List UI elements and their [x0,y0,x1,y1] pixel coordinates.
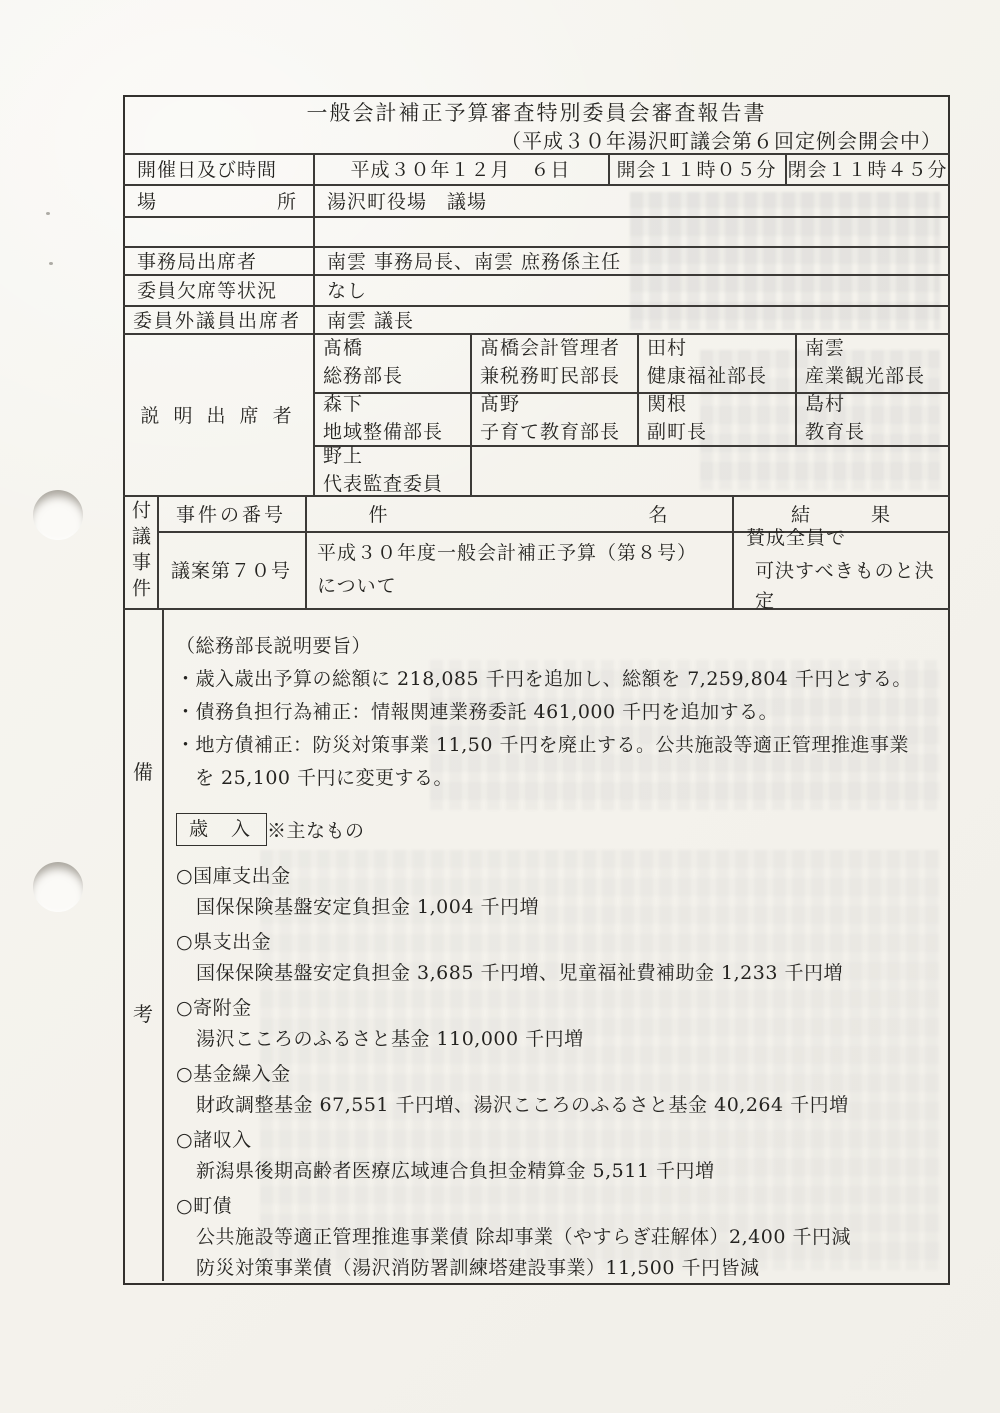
value-date: 平成３０年１２月 ６日 [313,153,608,184]
punch-hole-top [33,490,83,540]
explainer-name: 髙橋 [323,336,363,361]
explainer-title: 代表監査委員 [323,472,443,497]
explainer-name: 森下 [323,392,363,417]
agenda-case-name-line2: について [317,571,397,601]
explainer-name: 関根 [647,392,687,417]
explainer-title: 健康福祉部長 [647,364,767,389]
agenda-case-number: 議案第７０号 [157,531,305,608]
table-line [123,216,950,218]
report-subtitle: （平成３０年湯沢町議会第６回定例会開会中） [123,126,950,152]
label-absence: 委員欠席等状況 [123,274,313,305]
revenue-item-line: 国保保険基盤安定負担金 3,685 千円増、児童福祉費補助金 1,233 千円増 [176,958,928,989]
label-secretariat: 事務局出席者 [123,246,313,274]
explainer-name: 野上 [323,444,363,469]
explainer-cell: 田村 健康福祉部長 [637,333,795,392]
revenue-box-label: 歳 入 [176,813,267,846]
revenue-item-line: 防災対策事業債（湯沢消防署訓練塔建設事業）11,500 千円皆減 [176,1253,928,1284]
revenue-item-line: 国保保険基盤安定負担金 1,004 千円増 [176,892,928,923]
scanned-report-page: 一般会計補正予算審査特別委員会審査報告書 （平成３０年湯沢町議会第６回定例会開会… [0,0,1000,1413]
explainer-cell: 野上 代表監査委員 [313,445,470,495]
label-nonmember: 委員外議員出席者 [123,305,313,333]
revenue-item: ○国庫支出金 国保保険基盤安定負担金 1,004 千円増 [176,860,928,923]
revenue-item-heading: ○寄附金 [176,992,928,1024]
punch-hole-bottom [33,862,83,912]
explainer-name: 髙野 [480,392,520,417]
revenue-item-line: 湯沢こころのふるさと基金 110,000 千円増 [176,1024,928,1055]
paper-speck [49,262,53,265]
value-place: 湯沢町役場 議場 [313,184,950,216]
explainer-name: 島村 [805,392,845,417]
revenue-item: ○寄附金 湯沢こころのふるさと基金 110,000 千円増 [176,992,928,1055]
label-explainers: 説 明 出 席 者 [123,333,313,495]
remarks-content: （総務部長説明要旨） ・歳入歳出予算の総額に 218,085 千円を追加し、総額… [162,610,948,1283]
explainer-cell: 関根 副町長 [637,392,795,445]
revenue-item-heading: ○町債 [176,1190,928,1222]
remarks-bullet: ・債務負担行為補正：情報関連業務委託 461,000 千円を追加する。 [176,696,928,729]
explainer-title: 産業観光部長 [805,364,925,389]
remarks-bullet: ・地方債補正：防災対策事業 11,50 千円を廃止する。公共施設等適正管理推進事… [176,729,928,795]
explainer-title: 子育て教育部長 [480,420,620,445]
revenue-heading-row: 歳 入 ※主なもの [176,813,928,846]
value-absence: なし [313,274,950,305]
revenue-item-line: 公共施設等適正管理推進事業債 除却事業（やすらぎ荘解体）2,400 千円減 [176,1222,928,1253]
revenue-item-line: 新潟県後期高齢者医療広域連合負担金精算金 5,511 千円増 [176,1156,928,1187]
value-nonmember: 南雲 議長 [313,305,950,333]
explainer-name: 南雲 [805,336,845,361]
explainer-cell: 髙野 子育て教育部長 [470,392,637,445]
report-title: 一般会計補正予算審査特別委員会審査報告書 [123,97,950,127]
label-datetime: 開催日及び時間 [123,153,313,184]
remarks-side-label-top: 備 [133,756,153,785]
agenda-result: 賛成全員で 可決すべきものと決定 [732,531,950,608]
explainer-title: 総務部長 [323,364,403,389]
revenue-item-heading: ○諸収入 [176,1124,928,1156]
remarks-heading: （総務部長説明要旨） [176,630,928,663]
agenda-result-line2: 可決すべきものと決定 [746,556,950,616]
explainer-name: 髙橋会計管理者 [480,336,620,361]
explainer-cell: 髙橋会計管理者 兼税務町民部長 [470,333,637,392]
explainer-cell: 南雲 産業観光部長 [795,333,950,392]
revenue-item-heading: ○基金繰入金 [176,1058,928,1090]
agenda-result-line1: 賛成全員で [746,523,846,553]
explainer-cell: 森下 地域整備部長 [313,392,470,445]
revenue-item-line: 財政調整基金 67,551 千円増、湯沢こころのふるさと基金 40,264 千円… [176,1090,928,1121]
remarks-bullet: ・歳入歳出予算の総額に 218,085 千円を追加し、総額を 7,259,804… [176,663,928,696]
explainer-cell: 髙橋 総務部長 [313,333,470,392]
revenue-note: ※主なもの [267,816,365,843]
revenue-item-heading: ○県支出金 [176,926,928,958]
value-open-time: 開会１１時０５分 [608,153,785,184]
value-secretariat: 南雲 事務局長、南雲 庶務係主任 [313,246,950,274]
explainer-title: 副町長 [647,420,707,445]
agenda-side-label: 付議事件 [127,500,155,604]
revenue-item: ○諸収入 新潟県後期高齢者医療広域連合負担金精算金 5,511 千円増 [176,1124,928,1187]
remarks-side-label-bottom: 考 [133,998,153,1027]
revenue-item: ○県支出金 国保保険基盤安定負担金 3,685 千円増、児童福祉費補助金 1,2… [176,926,928,989]
paper-speck [46,212,50,215]
agenda-case-name-line1: 平成３０年度一般会計補正予算（第８号） [317,538,697,568]
revenue-item: ○町債 公共施設等適正管理推進事業債 除却事業（やすらぎ荘解体）2,400 千円… [176,1190,928,1284]
label-place: 場 所 [123,184,313,216]
agenda-header-number: 事件の番号 [157,495,305,531]
explainer-title: 兼税務町民部長 [480,364,620,389]
revenue-item: ○基金繰入金 財政調整基金 67,551 千円増、湯沢こころのふるさと基金 40… [176,1058,928,1121]
explainer-name: 田村 [647,336,687,361]
explainer-cell: 島村 教育長 [795,392,950,445]
explainer-title: 教育長 [805,420,865,445]
explainer-title: 地域整備部長 [323,420,443,445]
value-close-time: 閉会１１時４５分 [785,153,950,184]
agenda-header-name: 件 名 [305,495,732,531]
agenda-case-name: 平成３０年度一般会計補正予算（第８号） について [305,531,732,608]
revenue-item-heading: ○国庫支出金 [176,860,928,892]
